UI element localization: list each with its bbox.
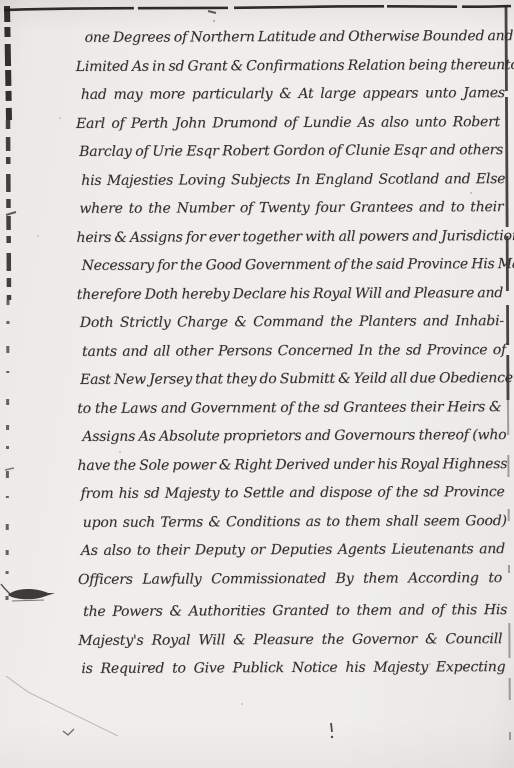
- manuscript-line: As also to their Deputy or Deputies Agen…: [81, 535, 505, 565]
- ink-mark: [331, 723, 333, 738]
- manuscript-line: East New Jersey that they do Submitt & Y…: [80, 364, 504, 394]
- page-edge-top-notch: [208, 11, 216, 13]
- manuscript-line: where to the Number of Twenty four Grant…: [79, 193, 503, 223]
- manuscript-text: one Degrees of Northern Latitude and Oth…: [79, 22, 510, 683]
- manuscript-line: one Degrees of Northern Latitude and Oth…: [85, 22, 509, 52]
- manuscript-line: tants and all other Persons Concerned In…: [82, 336, 506, 366]
- manuscript-line: upon such Terms & Conditions as to them …: [83, 507, 507, 537]
- manuscript-line: have the Sole power & Right Derived unde…: [77, 450, 501, 480]
- manuscript-line: had may more particularly & At large app…: [81, 79, 505, 109]
- manuscript-line: his Majesties Loving Subjects In England…: [81, 165, 505, 195]
- manuscript-line: Assigns As Absolute proprietors and Gove…: [82, 421, 506, 451]
- page-edge-top: [4, 6, 511, 10]
- manuscript-line: to the Laws and Government of the sd Gra…: [77, 393, 501, 423]
- manuscript-line: Barclay of Urie Esqr Robert Gordon of Cl…: [79, 136, 503, 166]
- binding-stitches-lower: [7, 300, 8, 600]
- page-crease-line: [6, 676, 118, 736]
- manuscript-line: is Required to Give Publick Notice his M…: [81, 653, 505, 683]
- stitch-tick-2: [5, 468, 14, 470]
- manuscript-line: the Powers & Authorities Granted to them…: [83, 596, 507, 626]
- manuscript-page: one Degrees of Northern Latitude and Oth…: [0, 0, 514, 768]
- manuscript-line: Necessary for the Good Government of the…: [82, 250, 506, 280]
- manuscript-line: Officers Lawfully Commissionated By them…: [78, 564, 502, 594]
- margin-flourish-mark: [1, 584, 55, 601]
- manuscript-line: Doth Strictly Charge & Command the Plant…: [80, 307, 504, 337]
- page-edge-left: [7, 6, 9, 120]
- binding-stitches-upper: [8, 120, 9, 300]
- manuscript-line: from his sd Majesty to Settle and dispos…: [81, 478, 505, 508]
- check-mark: [63, 729, 74, 735]
- manuscript-line: Limited As in sd Grant & Confirmations R…: [76, 51, 500, 81]
- manuscript-line: Earl of Perth John Drumond of Lundie As …: [76, 108, 500, 138]
- manuscript-line: heirs & Assigns for ever together with a…: [76, 222, 500, 252]
- manuscript-line: therefore Doth hereby Declare his Royal …: [77, 279, 501, 309]
- manuscript-line: Majesty's Royal Will & Pleasure the Gove…: [78, 625, 502, 655]
- stitch-tick-1: [6, 212, 16, 215]
